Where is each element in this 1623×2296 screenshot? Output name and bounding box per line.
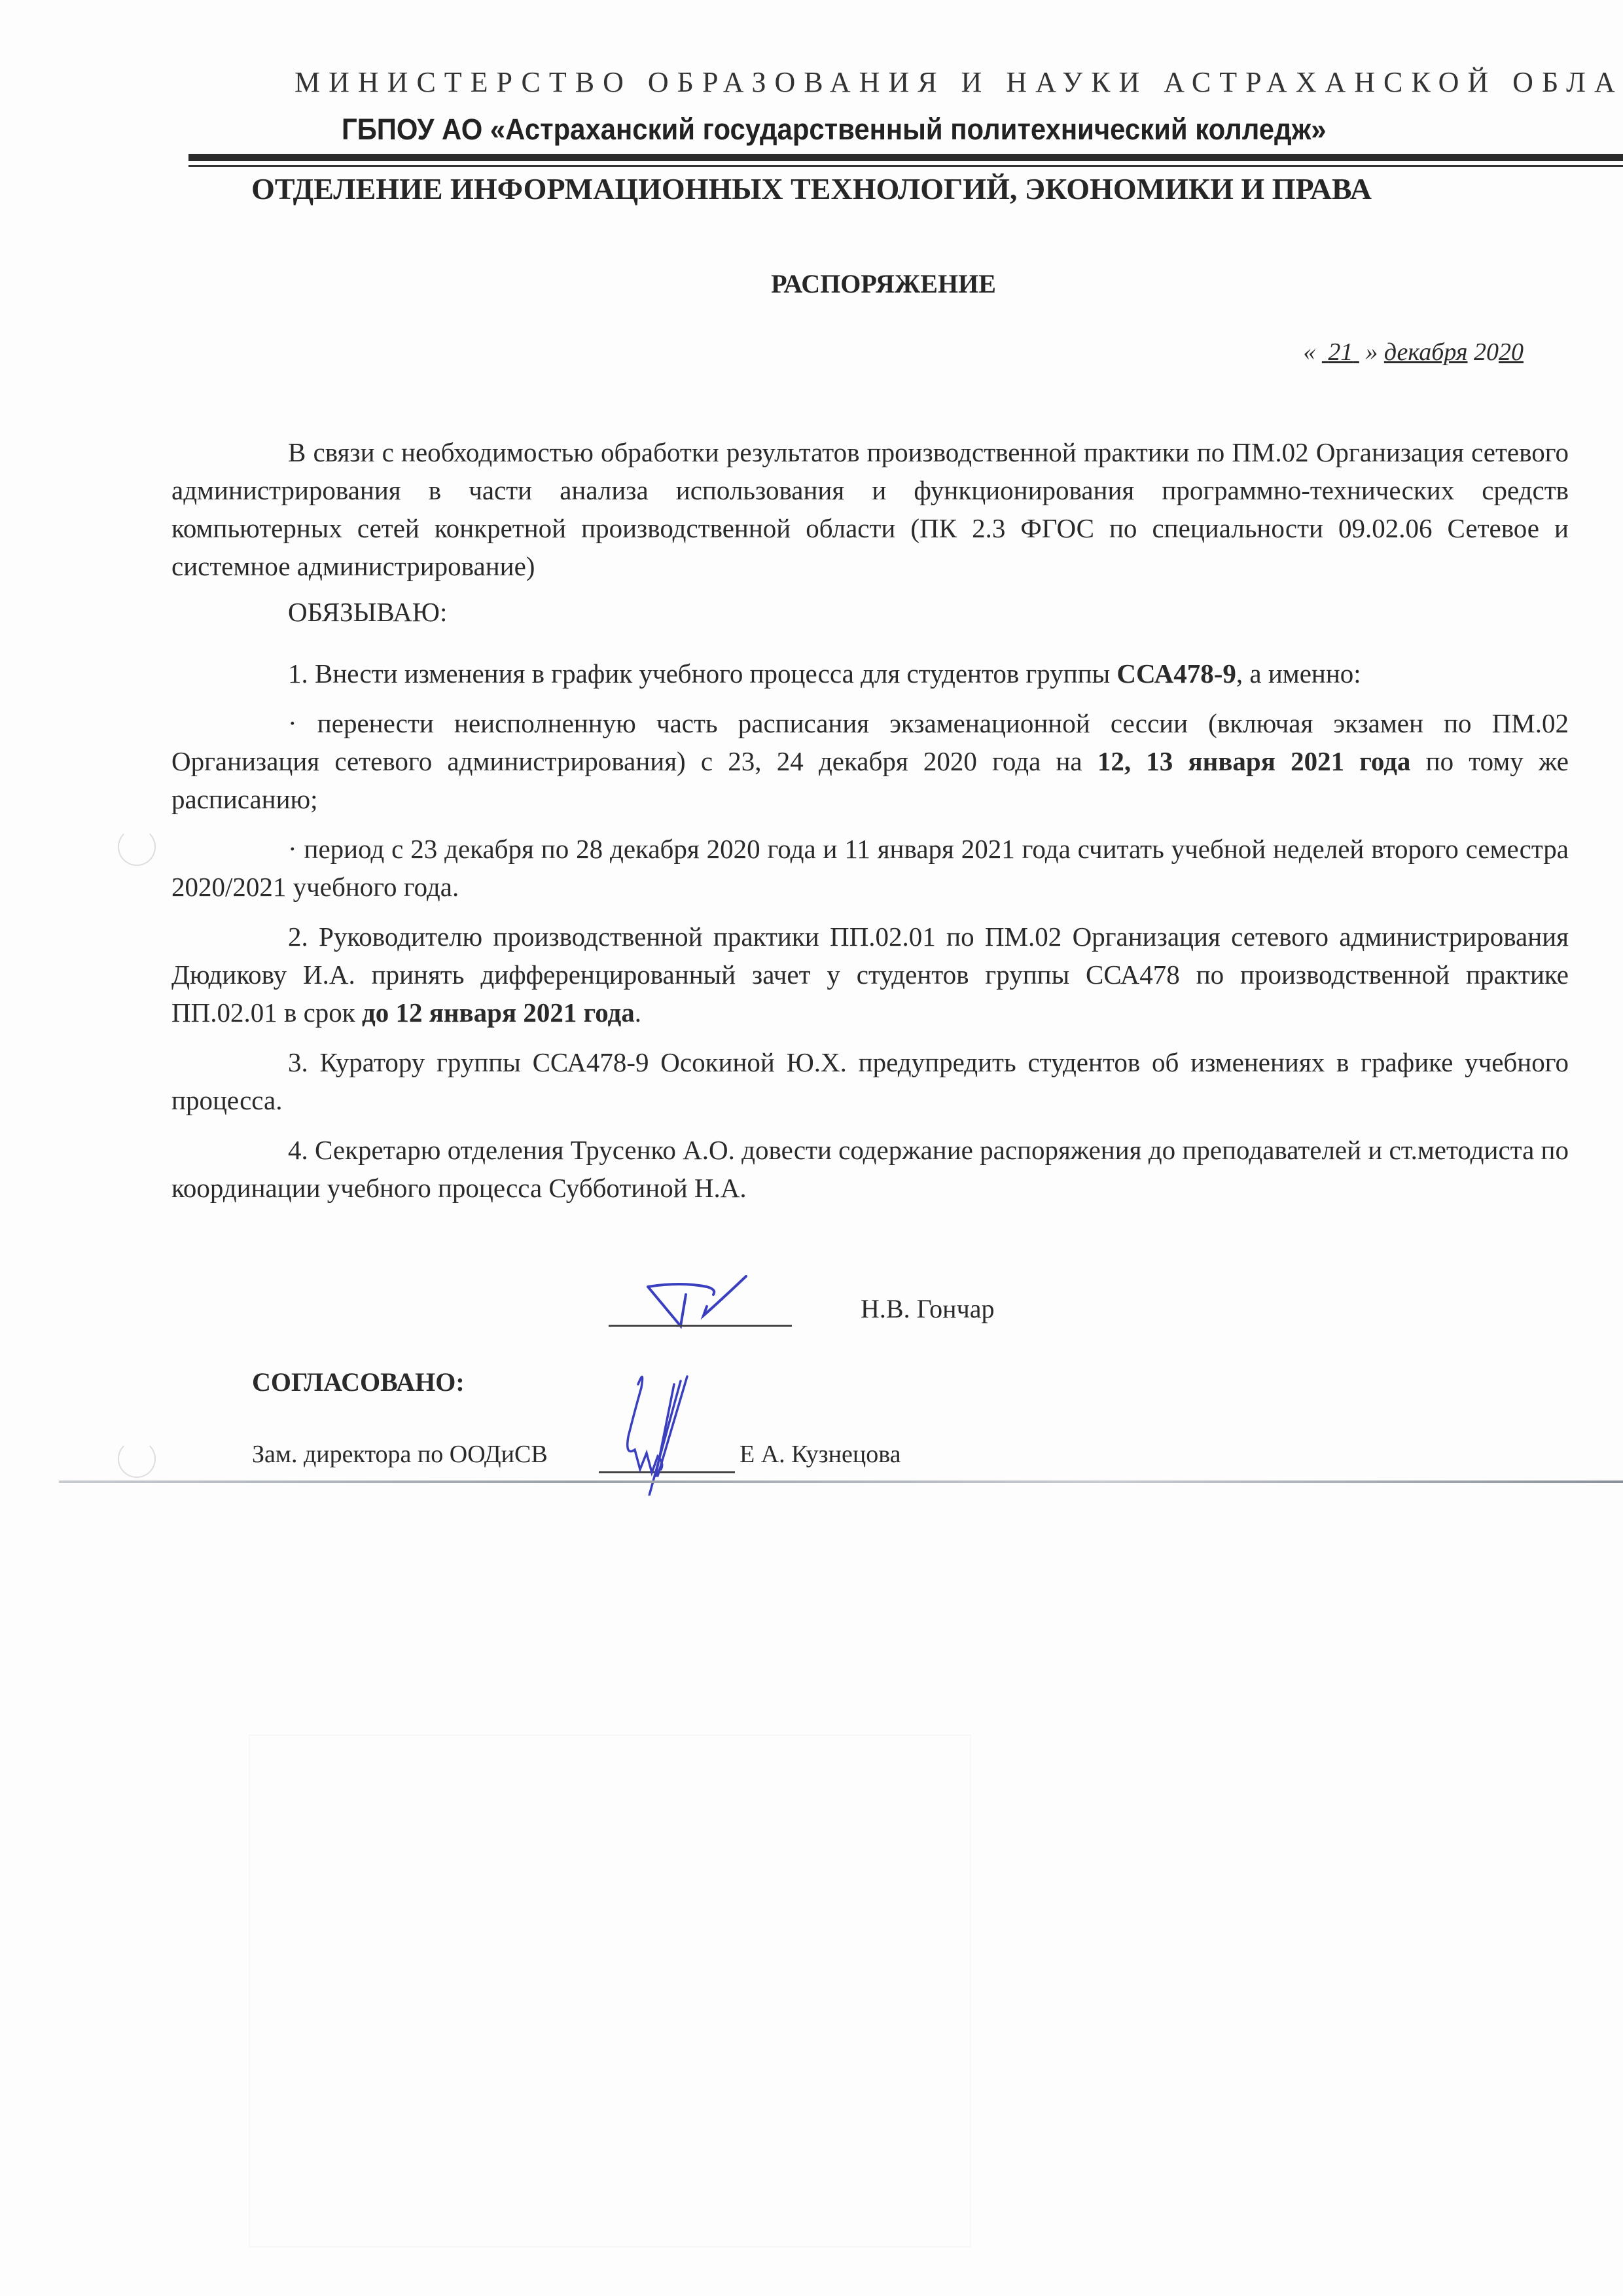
item-3: 3. Куратору группы ССА478-9 Осокиной Ю.Х… xyxy=(171,1043,1569,1119)
preamble-paragraph: В связи с необходимостью обработки резул… xyxy=(171,433,1569,585)
document-date: « 21 » декабря 2020 xyxy=(1303,338,1524,367)
item-2: 2. Руководителю производственной практик… xyxy=(171,918,1569,1031)
college-name: ГБПОУ АО «Астраханский государственный п… xyxy=(342,113,1327,147)
head-signature-line xyxy=(609,1325,792,1327)
punch-hole-mark xyxy=(118,828,156,866)
date-month: декабря xyxy=(1384,338,1468,366)
date-close-quote: » xyxy=(1365,338,1378,366)
date-year-suffix: 20 xyxy=(1499,338,1524,366)
agreed-label: СОГЛАСОВАНО: xyxy=(252,1367,465,1397)
item-1: 1. Внести изменения в график учебного пр… xyxy=(171,655,1569,692)
deputy-role: Зам. директора по ООДиСВ xyxy=(252,1440,548,1469)
date-open-quote: « xyxy=(1303,338,1315,366)
department-name: ОТДЕЛЕНИЕ ИНФОРМАЦИОННЫХ ТЕХНОЛОГИЙ, ЭКО… xyxy=(0,171,1623,206)
deputy-signature-icon xyxy=(609,1365,772,1496)
date-day: 21 xyxy=(1322,338,1359,366)
header-rule-thick xyxy=(188,154,1623,161)
head-name: Н.В. Гончар xyxy=(861,1293,994,1324)
deadline: до 12 января 2021 года xyxy=(362,997,635,1028)
group-code: ССА478-9 xyxy=(1116,658,1236,689)
new-exam-dates: 12, 13 января 2021 года xyxy=(1097,746,1411,776)
order-body: В связи с необходимостью обработки резул… xyxy=(171,433,1569,1207)
oblige-heading: ОБЯЗЫВАЮ: xyxy=(171,593,1569,631)
item-1-bullet-1: · перенести неисполненную часть расписан… xyxy=(171,704,1569,818)
page-fold-line xyxy=(59,1480,1623,1483)
item-1-bullet-2: · период с 23 декабря по 28 декабря 2020… xyxy=(171,830,1569,906)
item-4: 4. Секретарю отделения Трусенко А.О. дов… xyxy=(171,1131,1569,1207)
ministry-name: МИНИСТЕРСТВО ОБРАЗОВАНИЯ И НАУКИ АСТРАХА… xyxy=(294,65,1558,99)
date-year-prefix: 20 xyxy=(1474,338,1499,366)
bleed-through-region xyxy=(249,1734,971,2248)
punch-hole-mark xyxy=(118,1440,156,1478)
document-title: РАСПОРЯЖЕНИЕ xyxy=(0,268,1623,299)
header-rule-thin xyxy=(188,165,1623,167)
